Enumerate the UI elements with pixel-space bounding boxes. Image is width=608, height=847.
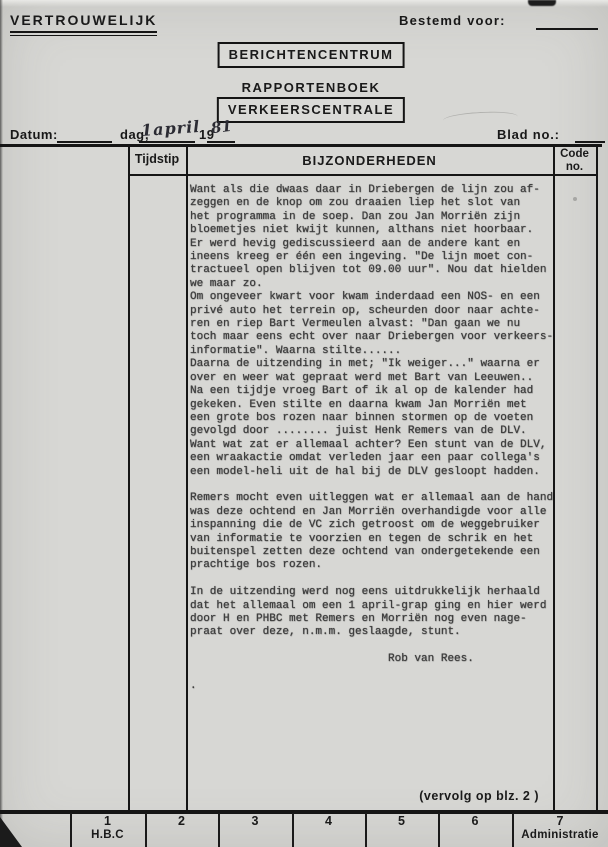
sheet-number-label: Blad no.: bbox=[497, 127, 560, 142]
footer-cell-number: 3 bbox=[218, 814, 292, 828]
year-blank-line bbox=[207, 141, 235, 143]
classification-stamp: VERTROUWELIJK bbox=[10, 12, 157, 33]
addressed-to-blank-line bbox=[536, 28, 598, 30]
scan-corner-mark bbox=[0, 817, 22, 847]
footer-cell-number: 2 bbox=[145, 814, 218, 828]
column-header-bijzonderheden: BIJZONDERHEDEN bbox=[186, 153, 553, 168]
footer-cell-number: 7 bbox=[512, 814, 608, 828]
scan-ink-smudge bbox=[528, 0, 556, 6]
handwritten-day-value: 1april bbox=[140, 117, 200, 140]
table-vertical-left-column bbox=[128, 147, 130, 810]
scan-left-shadow bbox=[0, 0, 3, 847]
paper-speck bbox=[573, 197, 577, 201]
day-blank-line bbox=[139, 141, 195, 143]
table-vertical-time-details bbox=[186, 147, 188, 810]
footer-cell-number: 4 bbox=[292, 814, 365, 828]
title-box-verkeerscentrale: VERKEERSCENTRALE bbox=[217, 97, 405, 123]
continuation-note: (vervolg op blz. 2 ) bbox=[186, 789, 547, 803]
footer-cell-6: 6 bbox=[438, 814, 512, 847]
addressed-to-label: Bestemd voor: bbox=[399, 13, 506, 28]
footer-cell-7: 7 Administratie bbox=[512, 814, 608, 847]
scan-top-edge bbox=[0, 0, 608, 7]
footer-cell-1: 1 H.B.C bbox=[70, 814, 145, 847]
table-bottom-rule bbox=[0, 810, 608, 814]
table-top-rule bbox=[0, 144, 602, 147]
title-box-berichtencentrum: BERICHTENCENTRUM bbox=[218, 42, 405, 68]
footer-cell-4: 4 bbox=[292, 814, 365, 847]
scanned-report-page: VERTROUWELIJK Bestemd voor: BERICHTENCEN… bbox=[0, 0, 608, 847]
column-header-tijdstip: Tijdstip bbox=[128, 152, 186, 166]
footer-cell-label: H.B.C bbox=[70, 829, 145, 841]
footer-cell-2: 2 bbox=[145, 814, 218, 847]
footer-cell-number: 6 bbox=[438, 814, 512, 828]
footer-cell-3: 3 bbox=[218, 814, 292, 847]
footer-cell-label: Administratie bbox=[512, 829, 608, 841]
date-label: Datum: bbox=[10, 127, 58, 142]
footer-cell-5: 5 bbox=[365, 814, 438, 847]
title-rapportenboek: RAPPORTENBOEK bbox=[242, 80, 381, 95]
handwritten-year-value: 81 bbox=[210, 117, 233, 137]
paper-wrinkle bbox=[443, 110, 519, 127]
column-header-code-no: Code no. bbox=[553, 148, 596, 173]
footer-cell-number: 1 bbox=[70, 814, 145, 828]
table-vertical-right-edge bbox=[596, 147, 598, 810]
typewritten-report-text: Want als die dwaas daar in Driebergen de… bbox=[190, 184, 556, 693]
table-header-divider bbox=[128, 174, 598, 176]
date-blank-line bbox=[57, 141, 112, 143]
sheet-number-blank-line bbox=[575, 141, 605, 143]
footer-cell-number: 5 bbox=[365, 814, 438, 828]
